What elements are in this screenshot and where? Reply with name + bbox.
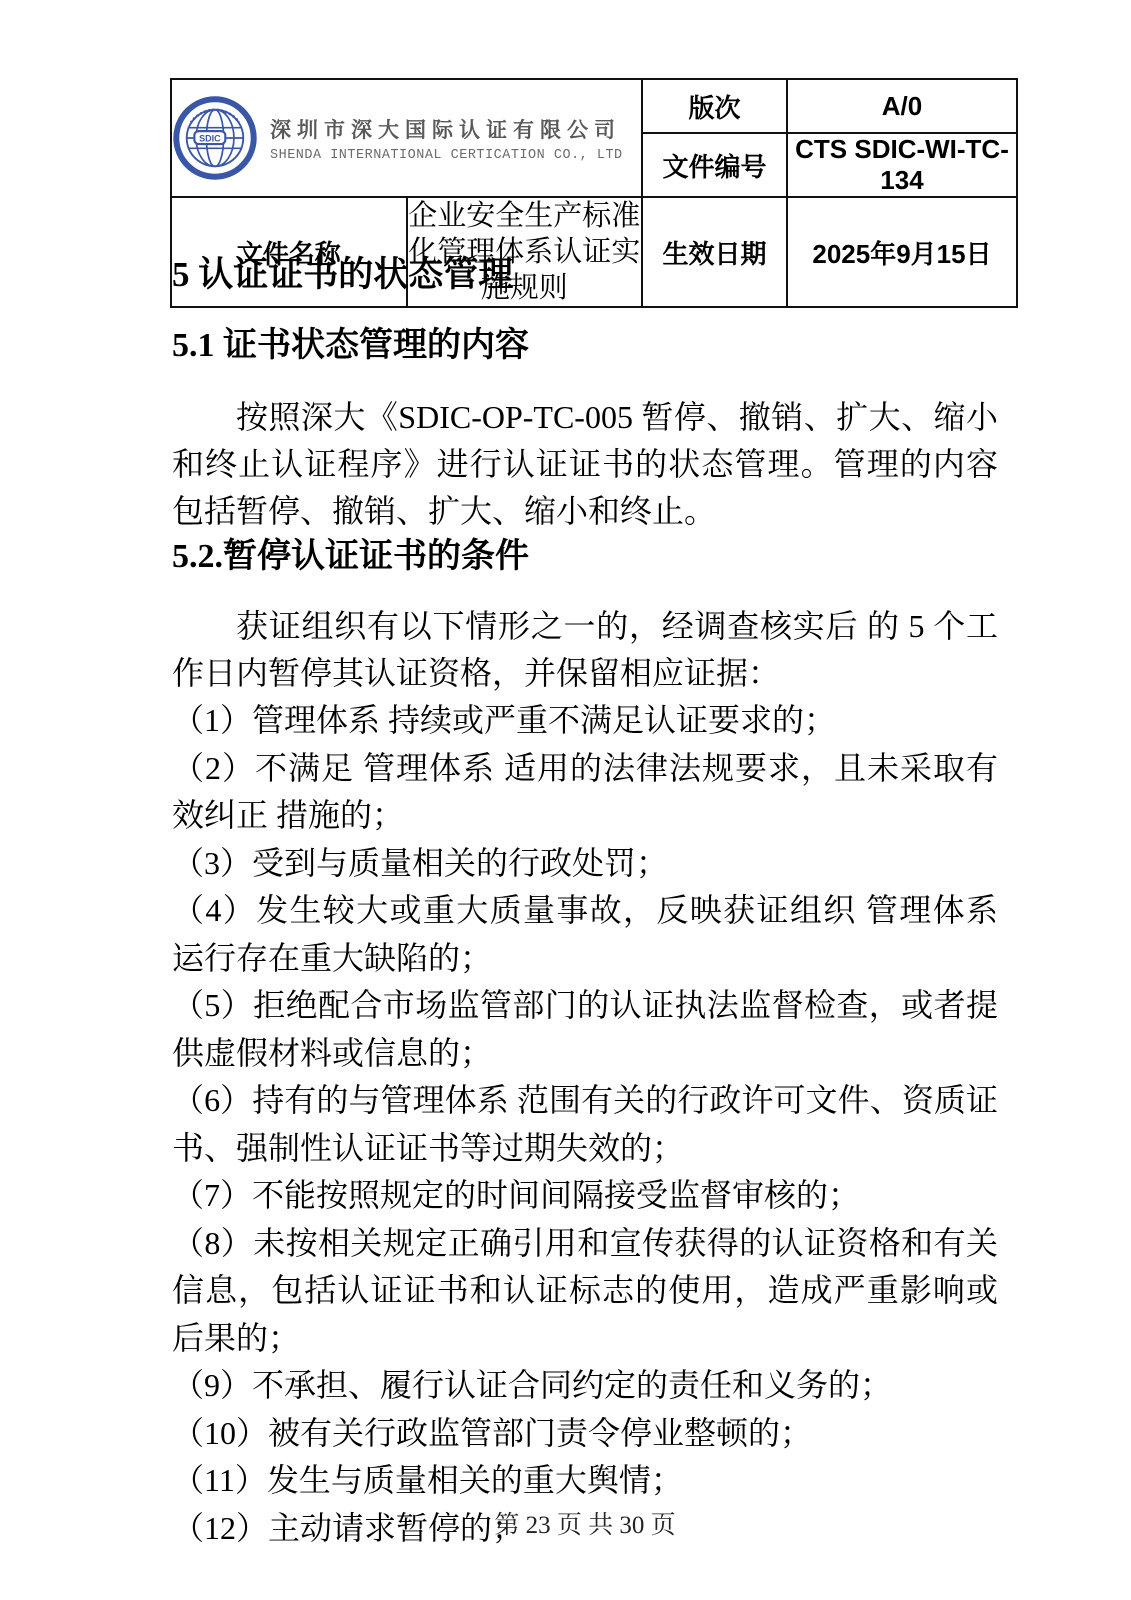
condition-item-10: （10）被有关行政监管部门责令停业整顿的；	[172, 1410, 998, 1458]
logo-badge-text: SDIC	[199, 133, 221, 143]
version-value: A/0	[787, 79, 1017, 133]
condition-item-6: （6）持有的与管理体系 范围有关的行政许可文件、资质证书、强制性认证证书等过期失…	[172, 1077, 998, 1172]
page-number-footer: 第 23 页 共 30 页	[172, 1505, 998, 1541]
section-heading-5: 5 认证证书的状态管理	[172, 252, 998, 298]
doc-number-label: 文件编号	[642, 133, 787, 197]
condition-item-2: （2）不满足 管理体系 适用的法律法规要求，且未采取有效纠正 措施的；	[172, 745, 998, 840]
company-logo-cell: SDIC 深圳市深大国际认证有限公司 SHENDA INTERNATIONAL …	[171, 79, 642, 197]
version-label: 版次	[642, 79, 787, 133]
condition-item-8: （8）未按相关规定正确引用和宣传获得的认证资格和有关 信息，包括认证证书和认证标…	[172, 1220, 998, 1363]
globe-emblem-icon: SDIC	[172, 95, 258, 181]
condition-item-1: （1）管理体系 持续或严重不满足认证要求的；	[172, 697, 998, 745]
condition-item-11: （11）发生与质量相关的重大舆情；	[172, 1457, 998, 1505]
paragraph-cert-status-management: 按照深大《SDIC-OP-TC-005 暂停、撤销、扩大、缩小和终止认证程序》进…	[172, 394, 998, 535]
document-body: 5 认证证书的状态管理 5.1 证书状态管理的内容 按照深大《SDIC-OP-T…	[172, 252, 998, 1552]
condition-item-7: （7）不能按照规定的时间间隔接受监督审核的；	[172, 1172, 998, 1220]
section-heading-5-1: 5.1 证书状态管理的内容	[172, 324, 998, 368]
company-name-en: SHENDA INTERNATIONAL CERTICATION CO., LT…	[270, 148, 623, 163]
paragraph-suspension-intro: 获证组织有以下情形之一的，经调查核实后 的 5 个工作日内暂停其认证资格，并保留…	[172, 603, 998, 697]
section-heading-5-2: 5.2.暂停认证证书的条件	[172, 535, 998, 579]
condition-item-3: （3）受到与质量相关的行政处罚；	[172, 840, 998, 888]
condition-item-9: （9）不承担、履行认证合同约定的责任和义务的；	[172, 1362, 998, 1410]
document-page: SDIC 深圳市深大国际认证有限公司 SHENDA INTERNATIONAL …	[0, 0, 1131, 1600]
condition-item-5: （5）拒绝配合市场监管部门的认证执法监督检查，或者提供虚假材料或信息的；	[172, 982, 998, 1077]
company-name-cn: 深圳市深大国际认证有限公司	[270, 114, 623, 144]
condition-item-4: （4）发生较大或重大质量事故，反映获证组织 管理体系 运行存在重大缺陷的；	[172, 887, 998, 982]
doc-number-value: CTS SDIC-WI-TC-134	[787, 133, 1017, 197]
